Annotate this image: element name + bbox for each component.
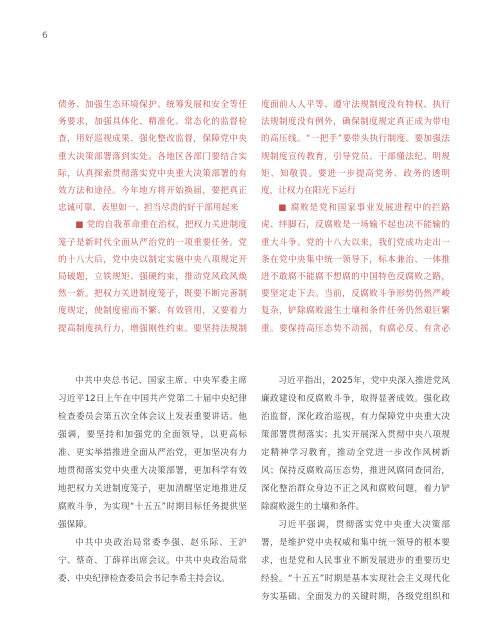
page-content: 债务、加强生态环境保护、统筹发展和安全等任务要求，加强具体化、精准化、常态化的监… — [58, 97, 450, 608]
article-paragraph: 中共中央政治局常委李强、赵乐际、王沪宁、蔡奇、丁薛祥出席会议。中共中央政治局常委… — [58, 534, 247, 588]
article-paragraph: 中共中央总书记、国家主席、中央军委主席习近平12日上午在中国共产党第二十届中央纪… — [58, 372, 247, 534]
article-paragraph: 习近平指出，2025年，党中央深入推进党风廉政建设和反腐败斗争，取得显著成效。强… — [261, 372, 450, 516]
document-page: 6 债务、加强生态环境保护、统筹发展和安全等任务要求，加强具体化、精准化、常态化… — [0, 0, 484, 640]
excerpts-section: 债务、加强生态环境保护、统筹发展和安全等任务要求，加强具体化、精准化、常态化的监… — [58, 97, 450, 355]
page-number: 6 — [42, 31, 48, 41]
article-body: 中共中央总书记、国家主席、中央军委主席习近平12日上午在中国共产党第二十届中央纪… — [58, 372, 450, 608]
excerpt-paragraph-continuation: 债务、加强生态环境保护、统筹发展和安全等任务要求，加强具体化、精准化、常态化的监… — [58, 97, 247, 217]
